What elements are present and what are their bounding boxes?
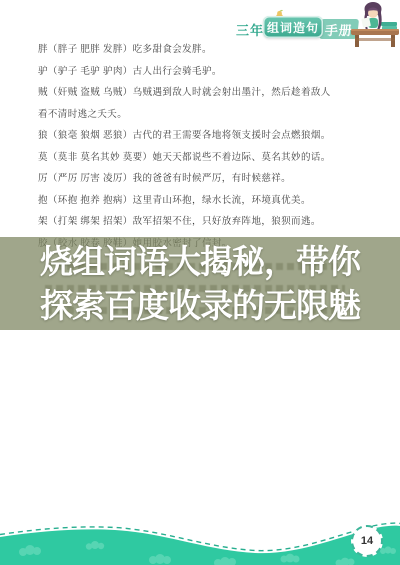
footer-wave-illustration xyxy=(0,500,400,565)
entry-line: 驴（驴子 毛驴 驴肉）古人出行会骑毛驴。 xyxy=(38,62,378,84)
entry-line: 看不清时逃之夭夭。 xyxy=(38,105,378,127)
handbook-page: 三年级 组词造句 手册 xyxy=(0,0,400,565)
page-number: 14 xyxy=(361,535,373,547)
entry-line: 架（打架 绑架 招架）敌军招架不住，只好放弃阵地，狼狈而逃。 xyxy=(38,212,378,234)
seo-overlay-title-line1: 烧组词语大揭秘，带你 xyxy=(0,243,400,281)
entry-line: 莫（莫非 莫名其妙 莫要）她天天都说些不着边际、莫名其妙的话。 xyxy=(38,148,378,170)
entry-line: 厉（严厉 厉害 凌厉）我的爸爸有时候严厉，有时候慈祥。 xyxy=(38,169,378,191)
page-number-badge: 14 xyxy=(351,525,383,557)
seo-overlay-title-line2: 探索百度收录的无限魅 xyxy=(0,287,400,325)
entry-line: 贼（奸贼 盗贼 乌贼）乌贼遇到敌人时就会射出墨汁，然后趁着敌人 xyxy=(38,83,378,105)
entry-line: 抱（环抱 抱养 抱病）这里青山环抱，绿水长流，环境真优美。 xyxy=(38,191,378,213)
reading-girl-mascot-illustration xyxy=(350,0,400,53)
entry-line: 胖（胖子 肥胖 发胖）吃多甜食会发胖。 xyxy=(38,40,378,62)
series-badge: 组词造句 xyxy=(263,16,323,38)
vocabulary-entry-list: 胖（胖子 肥胖 发胖）吃多甜食会发胖。驴（驴子 毛驴 驴肉）古人出行会骑毛驴。贼… xyxy=(38,40,378,255)
series-badge-label: 组词造句 xyxy=(267,19,319,36)
entry-line: 狼（狼毫 狼烟 恶狼）古代的君王需要各地将领支援时会点燃狼烟。 xyxy=(38,126,378,148)
